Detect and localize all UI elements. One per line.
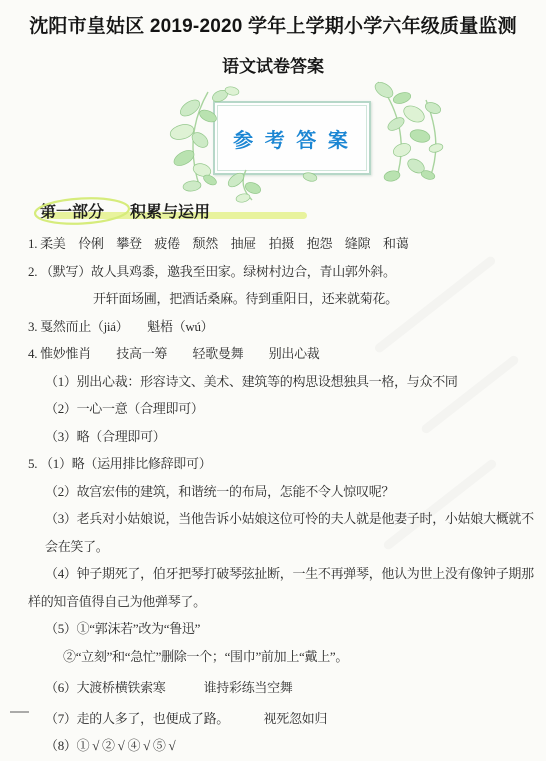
section-header: 第一部分积累与运用	[40, 199, 210, 223]
answer-line: （3）老兵对小姑娘说，当他告诉小姑娘这位可怜的夫人就是他妻子时，小姑娘大概就不	[0, 505, 546, 533]
answer-line: （3）略（合理即可）	[0, 423, 546, 451]
answer-line: ②“立刻”和“急忙”删除一个；“围巾”前加上“戴上”。	[0, 643, 546, 671]
answer-line: 3. 戛然而止（jiá） 魁梧（wú）	[0, 313, 546, 341]
scan-margin-dash	[10, 711, 29, 713]
answer-line: （6）大渡桥横铁索寒 谁持彩练当空舞	[0, 674, 546, 702]
answer-line: 开轩面场圃，把酒话桑麻。待到重阳日，还来就菊花。	[0, 285, 546, 313]
answer-line: （7）走的人多了，也便成了路。 视死忽如归	[0, 705, 546, 733]
answer-line: （5）①“郭沫若”改为“鲁迅”	[0, 615, 546, 643]
highlight-ellipse-icon	[31, 195, 133, 227]
section-part-title: 积累与运用	[130, 199, 210, 222]
document-title: 沈阳市皇姑区 2019-2020 学年上学期小学六年级质量监测	[0, 11, 546, 38]
reference-answer-banner: 参 考 答 案	[150, 80, 450, 206]
answer-line: （1）别出心裁：形容诗文、美术、建筑等的构思设想独具一格，与众不同	[0, 368, 546, 396]
answer-line: 4. 惟妙惟肖 技高一筹 轻歌曼舞 别出心裁	[0, 340, 546, 368]
leaf-decoration-icon	[150, 80, 450, 206]
answers-body: 1. 柔美 伶俐 攀登 疲倦 颓然 抽屉 拍摄 抱怨 缝隙 和蔼 2. （默写）…	[0, 230, 546, 760]
answer-line: （4）钟子期死了，伯牙把琴打破琴弦扯断，一生不再弹琴，他认为世上没有像钟子期那	[0, 560, 546, 588]
answer-line: 会在笑了。	[0, 533, 546, 561]
answer-line: 1. 柔美 伶俐 攀登 疲倦 颓然 抽屉 拍摄 抱怨 缝隙 和蔼	[0, 230, 546, 258]
document-subtitle: 语文试卷答案	[0, 52, 546, 77]
answer-key-page: 沈阳市皇姑区 2019-2020 学年上学期小学六年级质量监测 语文试卷答案 参…	[0, 0, 546, 761]
answer-line: 样的知音值得自己为他弹琴了。	[0, 588, 546, 616]
answer-line: （8）① √ ② √ ④ √ ⑤ √	[0, 732, 546, 760]
answer-line: 5. （1）略（运用排比修辞即可）	[0, 450, 546, 478]
